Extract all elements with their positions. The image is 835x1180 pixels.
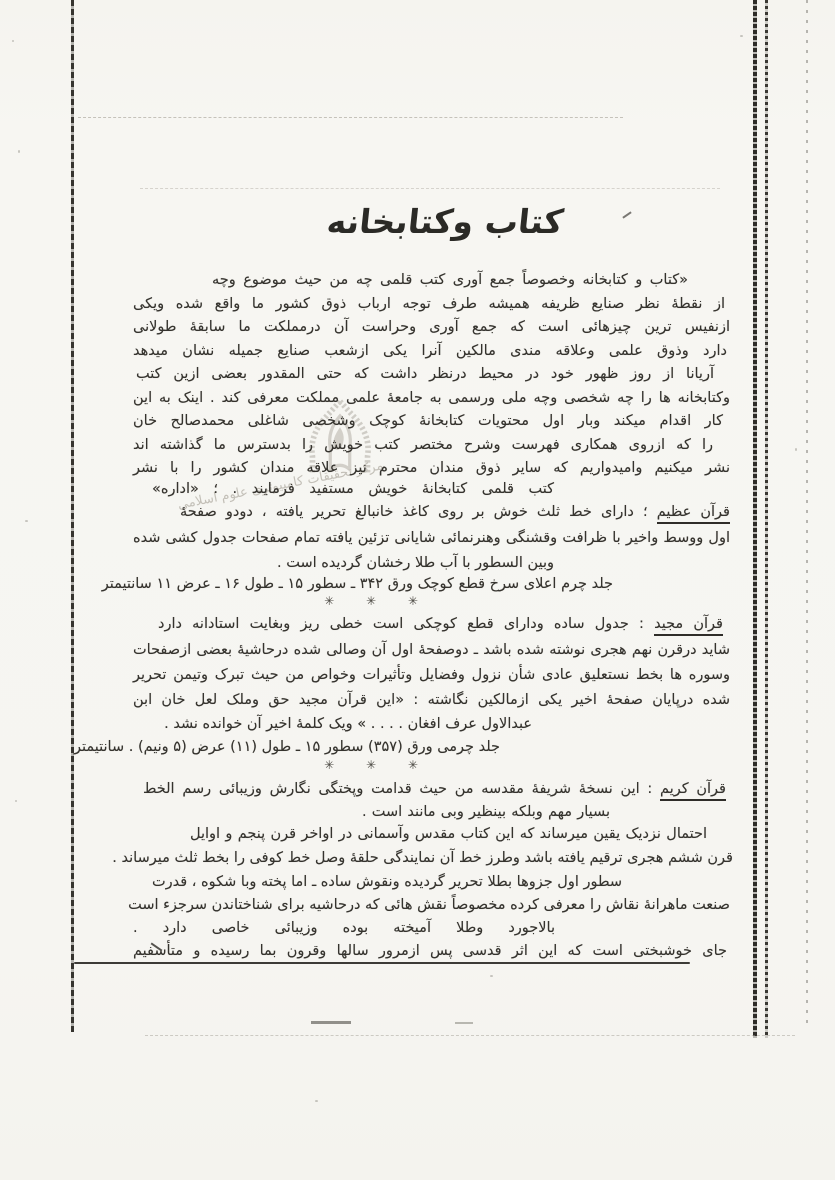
section-ornament: ✳ ✳ ✳ [318, 758, 438, 772]
page-title-calligraphy: کتاب وکتابخانه [327, 202, 566, 266]
scan-dash-mark [455, 1022, 473, 1024]
entry-quran-azim-specs: جلد چرم اعلای سرخ قطع کوچک ورق ۳۴۲ ـ سطو… [168, 574, 613, 594]
entry-quran-majid-heading: قرآن مجید [654, 616, 723, 636]
scan-speck [15, 800, 17, 802]
entry-quran-majid-specs: جلد چرمی ورق (۳۵۷) سطور ۱۵ ـ طول (۱۱) عر… [155, 737, 500, 757]
entry-quran-karim-line: صنعت ماهرانهٔ نقاش را معرفی کرده مخصوصاً… [133, 895, 730, 915]
entry-quran-karim-line: سطور اول جزوها بطلا تحریر گردیده ونقوش س… [228, 872, 622, 892]
entry-quran-azim-heading: قرآن عظیم [657, 504, 730, 524]
entry-quran-karim-line: احتمال نزدیک یقین میرساند که این کتاب مق… [190, 824, 707, 844]
speckle-row-top [78, 117, 623, 118]
section-ornament: ✳ ✳ ✳ [318, 594, 438, 608]
entry-quran-karim-line: جای خوشبختی است که این اثر قدسی پس ازمرو… [133, 941, 727, 961]
intro-line: از نقطهٔ نظر صنایع ظریفه همیشه طرف توجه … [133, 294, 725, 314]
scan-speck [490, 975, 493, 977]
scan-speck [315, 1100, 318, 1102]
entry-quran-karim-line: بالاجورد وطلا آمیخته بوده وزیبائی خاصی د… [133, 918, 555, 938]
entry-quran-majid-line: عبدالاول عرف افغان . . . . » ویک کلمهٔ ا… [170, 714, 532, 734]
scan-speck [740, 35, 743, 37]
entry-quran-karim-line: قرآن کریم : این نسخهٔ شریفهٔ مقدسه من حی… [143, 779, 726, 799]
intro-line: «کتاب و کتابخانه وخصوصاً جمع آوری کتب قل… [212, 270, 688, 290]
speckle-row-bottom [145, 1035, 795, 1036]
intro-line: دارد وذوق علمی وعلاقه مندی مالکین آنرا ی… [133, 341, 727, 361]
entry-quran-azim-line: وبین السطور با آب طلا رخشان گردیده است . [292, 553, 554, 573]
entry-quran-azim-line: اول ووسط واخیر با ظرافت وقشنگی وهنرنمائی… [133, 528, 730, 548]
intro-line: نشر میکنیم وامیدواریم که سایر ذوق مندان … [133, 458, 730, 478]
intro-line: کار اقدام میکند وبار اول محتویات کتابخان… [133, 411, 723, 431]
right-margin-scan-line-2 [765, 0, 768, 1038]
intro-line: وکتابخانه ها را چه شخصی وچه ملی ورسمی به… [133, 388, 730, 408]
footer-rule [74, 962, 690, 964]
entry-quran-majid-line: شده درپایان صفحهٔ اخیر یکی ازمالکین نگاش… [133, 690, 730, 710]
scan-speck [25, 520, 28, 522]
scan-dash-mark [311, 1021, 351, 1024]
entry-quran-majid-line: شاید درقرن نهم هجری نوشته شده باشد ـ دوص… [133, 640, 730, 660]
scan-speck [622, 211, 631, 218]
intro-line: را که ازروی همکاری فهرست وشرح مختصر کتب … [133, 435, 713, 455]
intro-line: آریانا از روز ظهور خود در محیط درنظر داش… [136, 364, 714, 384]
right-margin-scan-line-3 [806, 0, 808, 1030]
entry-quran-majid-line: قرآن مجید : جدول ساده ودارای قطع کوچکی ا… [158, 614, 723, 634]
left-margin-scan-line [71, 0, 74, 1032]
entry-quran-majid-line: وسوره ها بخط نستعلیق عادی شأن نزول وفضای… [133, 665, 730, 685]
intro-closing-line: کتب قلمی کتابخانهٔ خویش مستفید فرمایند .… [152, 479, 554, 499]
scan-speck [12, 40, 14, 42]
scan-speck [795, 448, 797, 451]
scanned-page: کتاب وکتابخانه مرکز تحقیقات کامپیوتری عل… [0, 0, 835, 1180]
right-margin-scan-line-1 [753, 0, 757, 1038]
entry-quran-karim-line: بسیار مهم وبلکه بینظیر وبی مانند است . [362, 802, 610, 822]
intro-line: ازنفیس ترین چیزهائی است که جمع آوری وحرا… [133, 317, 730, 337]
entry-quran-karim-line: قرن ششم هجری ترقیم یافته باشد وطرز خط آن… [133, 848, 733, 868]
speckle-row-mid [140, 188, 720, 189]
entry-quran-azim-line: قرآن عظیم ؛ دارای خط ثلث خوش بر روی کاغذ… [180, 502, 730, 522]
entry-text: : این نسخهٔ شریفهٔ مقدسه من حیث قدامت وپ… [143, 781, 660, 797]
entry-text: : جدول ساده ودارای قطع کوچکی است خطی ریز… [158, 616, 654, 632]
scan-speck [18, 150, 20, 153]
entry-quran-karim-heading: قرآن کریم [660, 781, 726, 801]
entry-text: ؛ دارای خط ثلث خوش بر روی کاغذ خانبالغ ت… [180, 504, 657, 520]
